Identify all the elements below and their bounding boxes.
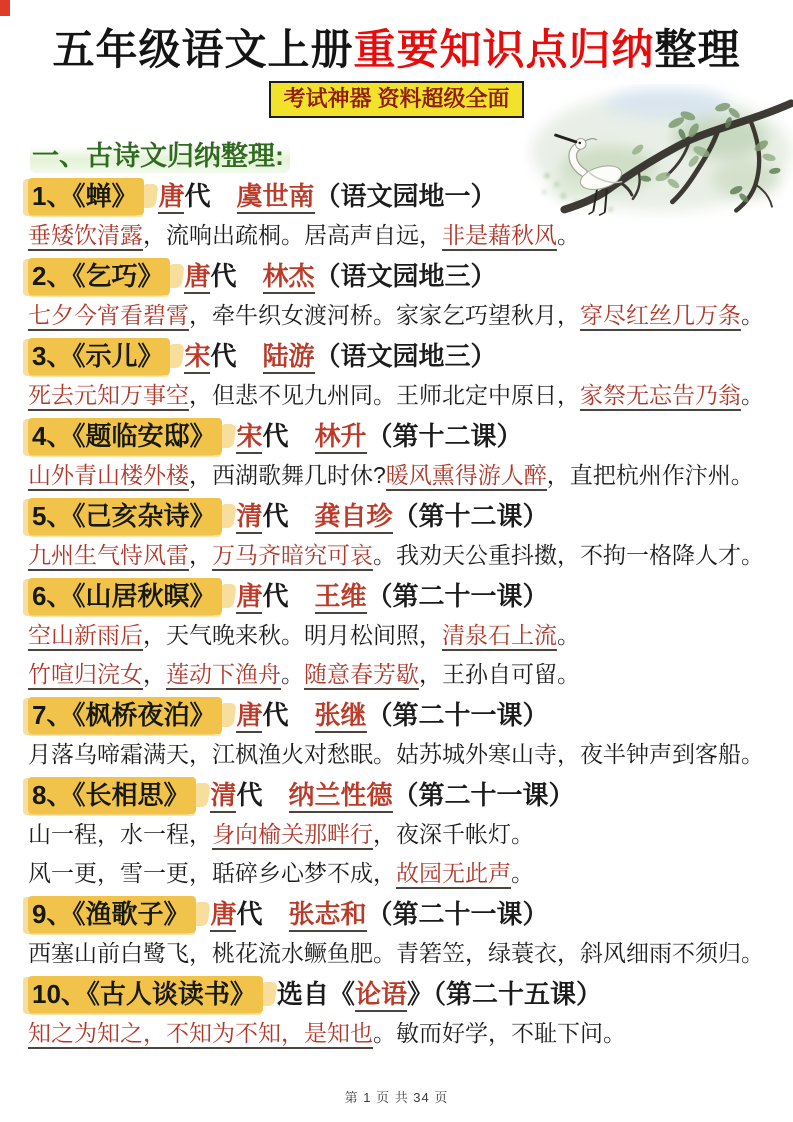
plain-text: 代	[262, 581, 314, 611]
key-phrase-red: 龚自珍	[315, 501, 393, 534]
plain-text: ，夜深千帐灯。	[373, 821, 534, 847]
poem-item: 9、《渔歌子》唐代 张志和（第二十一课）西塞山前白鹭飞，桃花流水鳜鱼肥。青箬笠，…	[28, 895, 765, 973]
item-heading: 4、《题临安邸》宋代 林升（第十二课）	[28, 417, 765, 456]
poem-line: 知之为知之，不知为不知，是知也。敏而好学，不耻下问。	[28, 1014, 765, 1053]
poem-line: 山一程，水一程，身向榆关那畔行，夜深千帐灯。	[28, 815, 765, 854]
key-phrase-red: 清	[210, 780, 236, 813]
poem-list: 1、《蝉》唐代 虞世南（语文园地一）垂矮饮清露，流响出疏桐。居高声自远，非是藉秋…	[28, 177, 765, 1053]
item-heading: 2、《乞巧》唐代 林杰（语文园地三）	[28, 257, 765, 296]
key-phrase-red: 山外青山楼外楼	[28, 462, 189, 491]
poem-line: 死去元知万事空，但悲不见九州同。王师北定中原日，家祭无忘告乃翁。	[28, 376, 765, 415]
key-phrase-red: 论语	[355, 979, 407, 1012]
poem-item: 5、《己亥杂诗》清代 龚自珍（第十二课）九州生气恃风雷，万马齐暗究可哀。我劝天公…	[28, 497, 765, 575]
title-part-black: 五年级语文上册	[52, 26, 353, 73]
poem-line: 九州生气恃风雷，万马齐暗究可哀。我劝天公重抖擞，不拘一格降人才。	[28, 536, 765, 575]
plain-text: 代	[184, 181, 236, 211]
plain-text: 》（第二十五课）	[407, 979, 602, 1009]
plain-text: （语文园地一）	[315, 181, 497, 211]
plain-text: ，王孙自可留。	[419, 661, 580, 687]
plain-text: ，天气晚来秋。明月松间照，	[143, 622, 442, 648]
poem-item: 2、《乞巧》唐代 林杰（语文园地三）七夕今宵看碧霄，牵牛织女渡河桥。家家乞巧望秋…	[28, 257, 765, 335]
plain-text: 代	[262, 501, 314, 531]
plain-text: ，牵牛织女渡河桥。家家乞巧望秋月，	[189, 302, 580, 328]
key-phrase-red: 家祭无忘告乃翁	[580, 382, 741, 411]
key-phrase-red: 七夕今宵看碧霄	[28, 302, 189, 331]
plain-text: （语文园地三）	[315, 261, 497, 291]
poem-line: 山外青山楼外楼，西湖歌舞几时休?暖风熏得游人醉，直把杭州作汴州。	[28, 456, 765, 495]
key-phrase-red: 唐	[184, 261, 210, 294]
item-heading: 7、《枫桥夜泊》唐代 张继（第二十一课）	[28, 696, 765, 735]
plain-text: （第十二课）	[367, 421, 523, 451]
poem-item: 7、《枫桥夜泊》唐代 张继（第二十一课）月落乌啼霜满天，江枫渔火对愁眠。姑苏城外…	[28, 696, 765, 774]
poem-line: 七夕今宵看碧霄，牵牛织女渡河桥。家家乞巧望秋月，穿尽红丝几万条。	[28, 296, 765, 335]
key-phrase-red: 唐	[158, 181, 184, 214]
plain-text: （语文园地三）	[315, 341, 497, 371]
item-heading: 9、《渔歌子》唐代 张志和（第二十一课）	[28, 895, 765, 934]
plain-text: 西塞山前白鹭飞，桃花流水鳜鱼肥。青箬笠，绿蓑衣，斜风细雨不须归。	[28, 940, 764, 966]
poem-item: 3、《示儿》宋代 陆游（语文园地三）死去元知万事空，但悲不见九州同。王师北定中原…	[28, 337, 765, 415]
badge-row: 考试神器 资料超级全面	[28, 81, 765, 117]
key-phrase-red: 死去元知万事空	[28, 382, 189, 411]
key-phrase-red: 非是藉秋风	[442, 222, 557, 251]
poem-line: 西塞山前白鹭飞，桃花流水鳜鱼肥。青箬笠，绿蓑衣，斜风细雨不须归。	[28, 934, 765, 973]
key-phrase-red: 张志和	[289, 899, 367, 932]
poem-line: 月落乌啼霜满天，江枫渔火对愁眠。姑苏城外寒山寺，夜半钟声到客船。	[28, 735, 765, 774]
item-heading: 10、《古人谈读书》选自《论语》（第二十五课）	[28, 975, 765, 1014]
plain-text: 。	[557, 622, 580, 648]
key-phrase-red: 唐	[210, 899, 236, 932]
key-phrase-red: 唐	[236, 581, 262, 614]
key-phrase-red: 垂矮饮清露	[28, 222, 143, 251]
plain-text: 代	[262, 421, 314, 451]
item-title-highlight: 10、《古人谈读书》	[28, 976, 263, 1013]
plain-text: ，直把杭州作汴州。	[547, 462, 754, 488]
title-part-red: 重要知识点归纳	[353, 26, 654, 73]
plain-text: ，	[143, 661, 166, 687]
poem-line: 空山新雨后，天气晚来秋。明月松间照，清泉石上流。	[28, 616, 765, 655]
plain-text: ，流响出疏桐。居高声自远，	[143, 222, 442, 248]
key-phrase-red: 故园无此声	[396, 860, 511, 889]
plain-text: 。我劝天公重抖擞，不拘一格降人才。	[373, 542, 764, 568]
plain-text: 风一更，雪一更，聒碎乡心梦不成，	[28, 860, 396, 886]
item-title-highlight: 1、《蝉》	[28, 178, 144, 215]
plain-text: （第二十一课）	[367, 700, 549, 730]
plain-text: 。	[557, 222, 580, 248]
document-page: 五年级语文上册重要知识点归纳整理 考试神器 资料超级全面 一、古诗文归纳整理: …	[0, 0, 793, 1122]
plain-text: 代	[210, 341, 262, 371]
poem-item: 10、《古人谈读书》选自《论语》（第二十五课）知之为知之，不知为不知，是知也。敏…	[28, 975, 765, 1053]
item-title-highlight: 8、《长相思》	[28, 777, 196, 814]
poem-item: 8、《长相思》清代 纳兰性德（第二十一课）山一程，水一程，身向榆关那畔行，夜深千…	[28, 776, 765, 893]
plain-text: 代	[262, 700, 314, 730]
key-phrase-red: 万马齐暗究可哀	[212, 542, 373, 571]
plain-text: ，西湖歌舞几时休?	[189, 462, 386, 488]
plain-text: 山一程，水一程，	[28, 821, 212, 847]
key-phrase-red: 陆游	[263, 341, 315, 374]
key-phrase-red: 林升	[315, 421, 367, 454]
poem-item: 4、《题临安邸》宋代 林升（第十二课）山外青山楼外楼，西湖歌舞几时休?暖风熏得游…	[28, 417, 765, 495]
plain-text: 。	[741, 302, 764, 328]
poem-item: 6、《山居秋暝》唐代 王维（第二十一课）空山新雨后，天气晚来秋。明月松间照，清泉…	[28, 577, 765, 694]
item-title-highlight: 6、《山居秋暝》	[28, 578, 222, 615]
key-phrase-red: 宋	[184, 341, 210, 374]
key-phrase-red: 穿尽红丝几万条	[580, 302, 741, 331]
key-phrase-red: 九州生气恃风雷	[28, 542, 189, 571]
key-phrase-red: 暖风熏得游人醉	[386, 462, 547, 491]
promo-badge: 考试神器 资料超级全面	[269, 81, 523, 117]
item-title-highlight: 9、《渔歌子》	[28, 896, 196, 933]
key-phrase-red: 张继	[315, 700, 367, 733]
item-heading: 3、《示儿》宋代 陆游（语文园地三）	[28, 337, 765, 376]
poem-item: 1、《蝉》唐代 虞世南（语文园地一）垂矮饮清露，流响出疏桐。居高声自远，非是藉秋…	[28, 177, 765, 255]
key-phrase-red: 莲动下渔舟	[166, 661, 281, 690]
item-heading: 8、《长相思》清代 纳兰性德（第二十一课）	[28, 776, 765, 815]
plain-text: 月落乌啼霜满天，江枫渔火对愁眠。姑苏城外寒山寺，夜半钟声到客船。	[28, 741, 764, 767]
key-phrase-red: 宋	[236, 421, 262, 454]
plain-text: ，但悲不见九州同。王师北定中原日，	[189, 382, 580, 408]
key-phrase-red: 纳兰性德	[289, 780, 393, 813]
key-phrase-red: 唐	[236, 700, 262, 733]
section-heading: 一、古诗文归纳整理:	[30, 134, 765, 173]
poem-line: 垂矮饮清露，流响出疏桐。居高声自远，非是藉秋风。	[28, 216, 765, 255]
plain-text: 选自《	[277, 979, 355, 1009]
key-phrase-red: 王维	[315, 581, 367, 614]
item-title-highlight: 3、《示儿》	[28, 338, 170, 375]
section-heading-text: 一、古诗文归纳整理:	[30, 139, 290, 173]
item-heading: 1、《蝉》唐代 虞世南（语文园地一）	[28, 177, 765, 216]
plain-text: 代	[236, 780, 288, 810]
item-title-highlight: 7、《枫桥夜泊》	[28, 697, 222, 734]
title-part-black2: 整理	[655, 26, 741, 73]
plain-text: 代	[236, 899, 288, 929]
key-phrase-red: 身向榆关那畔行	[212, 821, 373, 850]
poem-line: 竹喧归浣女，莲动下渔舟。随意春芳歇，王孙自可留。	[28, 655, 765, 694]
key-phrase-red: 空山新雨后	[28, 622, 143, 651]
scan-corner-mark	[0, 0, 10, 16]
plain-text: （第二十一课）	[367, 581, 549, 611]
plain-text: 。	[511, 860, 534, 886]
page-title: 五年级语文上册重要知识点归纳整理	[28, 26, 765, 74]
plain-text: ，	[189, 542, 212, 568]
item-heading: 5、《己亥杂诗》清代 龚自珍（第十二课）	[28, 497, 765, 536]
item-title-highlight: 2、《乞巧》	[28, 258, 170, 295]
item-title-highlight: 4、《题临安邸》	[28, 418, 222, 455]
item-heading: 6、《山居秋暝》唐代 王维（第二十一课）	[28, 577, 765, 616]
plain-text: （第二十一课）	[393, 780, 575, 810]
plain-text: 。敏而好学，不耻下问。	[373, 1020, 626, 1046]
key-phrase-red: 清泉石上流	[442, 622, 557, 651]
page-number: 第 1 页 共 34 页	[0, 1087, 793, 1106]
key-phrase-red: 清	[236, 501, 262, 534]
plain-text: （第十二课）	[393, 501, 549, 531]
item-title-highlight: 5、《己亥杂诗》	[28, 498, 222, 535]
plain-text: （第二十一课）	[367, 899, 549, 929]
key-phrase-red: 虞世南	[237, 181, 315, 214]
plain-text: 。	[741, 382, 764, 408]
page-content: 五年级语文上册重要知识点归纳整理 考试神器 资料超级全面 一、古诗文归纳整理: …	[0, 26, 793, 1053]
key-phrase-red: 随意春芳歇	[304, 661, 419, 690]
key-phrase-red: 竹喧归浣女	[28, 661, 143, 690]
plain-text: 。	[281, 661, 304, 687]
poem-line: 风一更，雪一更，聒碎乡心梦不成，故园无此声。	[28, 854, 765, 893]
plain-text: 代	[210, 261, 262, 291]
key-phrase-red: 林杰	[263, 261, 315, 294]
key-phrase-red: 知之为知之，不知为不知，是知也	[28, 1020, 373, 1049]
